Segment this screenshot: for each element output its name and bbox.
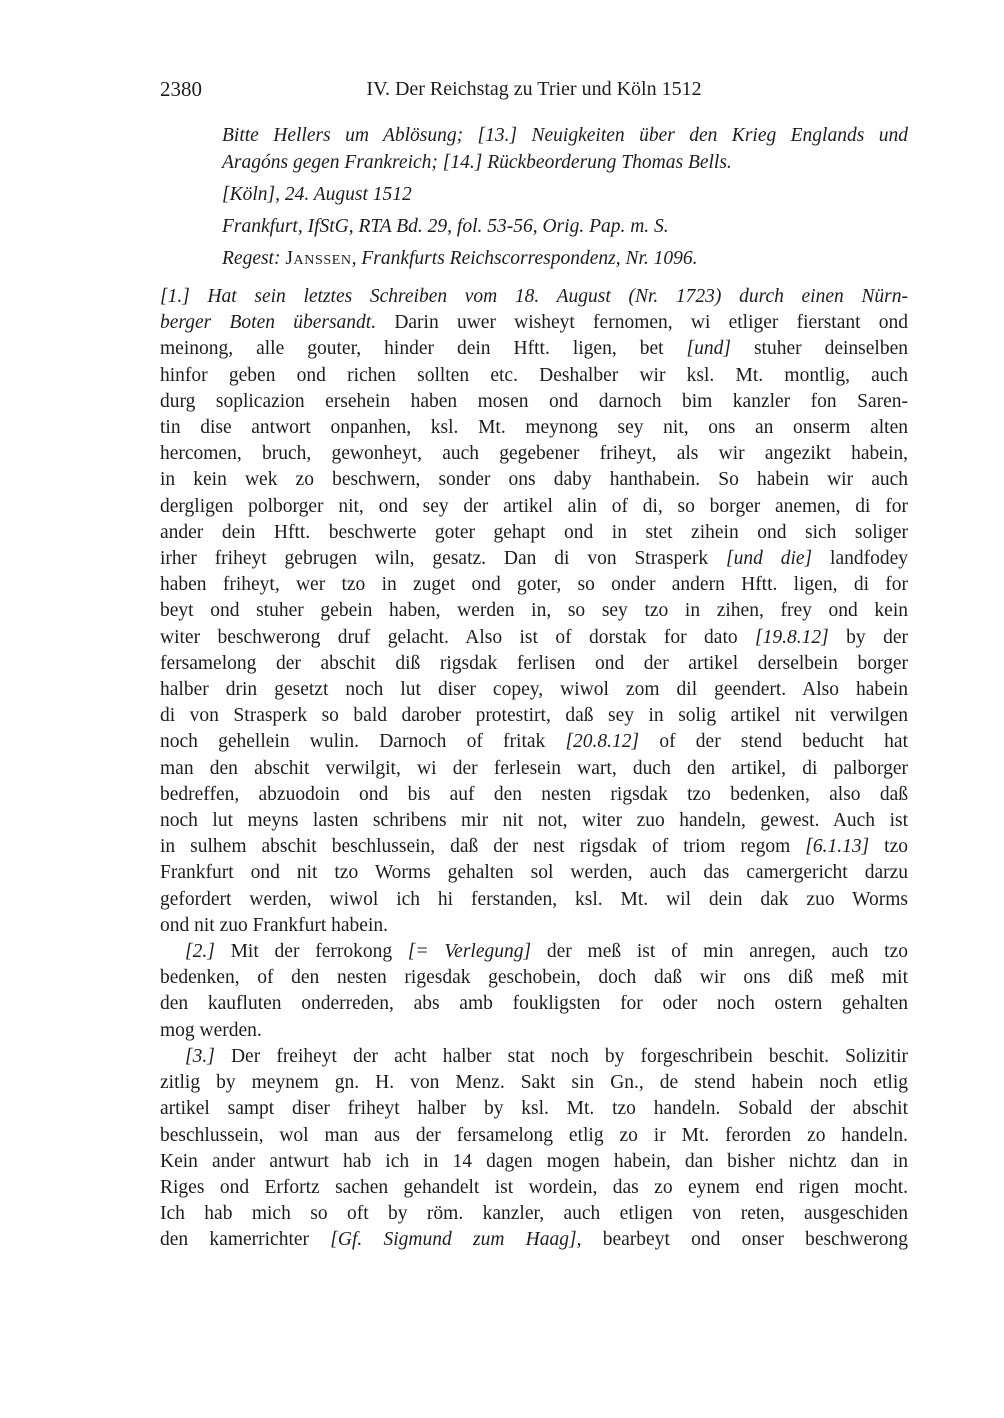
text-run: landfodey (812, 548, 908, 569)
text-run: Kein ander antwurt hab ich in 14 dagen m… (160, 1151, 908, 1172)
text-run: mog werden. (160, 1020, 262, 1041)
text-run: Ich hab mich so oft by röm. kanzler, auc… (160, 1203, 908, 1224)
text-run: Riges ond Erfortz sachen gehandelt ist w… (160, 1177, 908, 1198)
text-line: meinong, alle gouter, hinder dein Hftt. … (160, 336, 908, 362)
text-line: hercomen, bruch, gewonheyt, auch gegeben… (160, 441, 908, 467)
text-line: bedenken, of den nesten rigesdak geschob… (160, 965, 908, 991)
text-line: bedreffen, abzuodoin ond bis auf den nes… (160, 782, 908, 808)
text-run: witer beschwerong druf gelacht. Also ist… (160, 627, 755, 648)
text-run: beschlussein, wol man aus der fersamelon… (160, 1125, 908, 1146)
text-run: , Frankfurts Reichscorrespondenz, Nr. 10… (352, 248, 698, 269)
text-run: meinong, alle gouter, hinder dein Hftt. … (160, 338, 687, 359)
regest-block: Bitte Hellers um Ablösung; [13.] Neuigke… (222, 122, 908, 272)
text-run: [1.] Hat sein letztes Schreiben vom 18. … (160, 286, 908, 307)
text-line: [1.] Hat sein letztes Schreiben vom 18. … (160, 284, 908, 310)
text-run: der meß ist of min anregen, auch tzo (531, 941, 908, 962)
regest-entry: [Köln], 24. August 1512 (222, 181, 908, 208)
text-run: bedenken, of den nesten rigesdak geschob… (160, 967, 908, 988)
text-run: [19.8.12] (755, 627, 829, 648)
text-run: zitlig by meynem gn. H. von Menz. Sakt s… (160, 1072, 908, 1093)
page-number: 2380 (160, 76, 202, 102)
text-run: haben friheyt, wer tzo in zuget ond gote… (160, 574, 908, 595)
text-run: ond nit zuo Frankfurt habein. (160, 915, 388, 936)
running-head: IV. Der Reichstag zu Trier und Köln 1512 (160, 76, 908, 102)
book-page: 2380 IV. Der Reichstag zu Trier und Köln… (0, 0, 1004, 1418)
text-run: durg soplicazion ersehein haben mosen on… (160, 391, 908, 412)
text-run: irher friheyt gebrugen wiln, gesatz. Dan… (160, 548, 726, 569)
text-line: di von Strasperk so bald darober protest… (160, 703, 908, 729)
text-line: beschlussein, wol man aus der fersamelon… (160, 1123, 908, 1149)
text-line: witer beschwerong druf gelacht. Also ist… (160, 625, 908, 651)
text-run: stuher deinselben (731, 338, 908, 359)
text-line: dergligen polborger nit, ond sey der art… (160, 494, 908, 520)
text-line: den kaufluten onderreden, abs amb foukli… (160, 991, 908, 1017)
text-run: Bitte Hellers um Ablösung; [13.] Neuigke… (222, 125, 908, 146)
text-run: Darin uwer wisheyt fernomen, wi etliger … (376, 312, 908, 333)
text-run: Aragóns gegen Frankreich; [14.] Rückbeor… (222, 152, 732, 173)
text-run: of der stend beducht hat (639, 731, 908, 752)
text-line: Bitte Hellers um Ablösung; [13.] Neuigke… (222, 122, 908, 149)
text-run: Der freiheyt der acht halber stat noch b… (215, 1046, 908, 1067)
text-line: noch lut meyns lasten schribens mir nit … (160, 808, 908, 834)
text-line: ander dein Hftt. beschwerte goter gehapt… (160, 520, 908, 546)
text-line: Regest: Janssen, Frankfurts Reichscorres… (222, 245, 908, 272)
text-run: [Köln], 24. August 1512 (222, 184, 412, 205)
text-run: fersamelong der abschit diß rigsdak ferl… (160, 653, 908, 674)
text-line: artikel sampt diser friheyt halber by ks… (160, 1096, 908, 1122)
regest-entry: Regest: Janssen, Frankfurts Reichscorres… (222, 245, 908, 272)
text-run: man den abschit verwilgit, wi der ferles… (160, 758, 908, 779)
text-run: , bearbeyt ond onser beschwerong (577, 1229, 908, 1250)
text-line: ond nit zuo Frankfurt habein. (160, 913, 908, 939)
text-line: zitlig by meynem gn. H. von Menz. Sakt s… (160, 1070, 908, 1096)
text-run: [3.] (185, 1046, 215, 1067)
text-line: hinfor geben ond richen sollten etc. Des… (160, 363, 908, 389)
text-run: tin dise antwort onpanhen, ksl. Mt. meyn… (160, 417, 908, 438)
text-line: beyt ond stuher gebein haben, werden in,… (160, 598, 908, 624)
regest-entry: Frankfurt, IfStG, RTA Bd. 29, fol. 53-56… (222, 213, 908, 240)
paragraph: [2.] Mit der ferrokong [= Verlegung] der… (160, 939, 908, 1044)
text-run: [6.1.13] (805, 836, 869, 857)
page-header: 2380 IV. Der Reichstag zu Trier und Köln… (160, 76, 908, 102)
text-line: tin dise antwort onpanhen, ksl. Mt. meyn… (160, 415, 908, 441)
text-line: fersamelong der abschit diß rigsdak ferl… (160, 651, 908, 677)
text-run: hercomen, bruch, gewonheyt, auch gegeben… (160, 443, 908, 464)
text-line: [3.] Der freiheyt der acht halber stat n… (160, 1044, 908, 1070)
text-line: Frankfurt, IfStG, RTA Bd. 29, fol. 53-56… (222, 213, 908, 240)
text-line: in sulhem abschit beschlussein, daß der … (160, 834, 908, 860)
text-run: Frankfurt ond nit tzo Worms gehalten sol… (160, 862, 908, 883)
text-run: berger Boten übersandt. (160, 312, 376, 333)
paragraph: [3.] Der freiheyt der acht halber stat n… (160, 1044, 908, 1254)
text-line: irher friheyt gebrugen wiln, gesatz. Dan… (160, 546, 908, 572)
body-text: [1.] Hat sein letztes Schreiben vom 18. … (160, 284, 908, 1254)
text-run: dergligen polborger nit, ond sey der art… (160, 496, 908, 517)
text-line: Riges ond Erfortz sachen gehandelt ist w… (160, 1175, 908, 1201)
text-run: [2.] (185, 941, 215, 962)
text-run: ander dein Hftt. beschwerte goter gehapt… (160, 522, 908, 543)
text-run: noch lut meyns lasten schribens mir nit … (160, 810, 908, 831)
text-line: [Köln], 24. August 1512 (222, 181, 908, 208)
text-line: gefordert werden, wiwol ich hi ferstande… (160, 887, 908, 913)
text-run: Frankfurt, IfStG, RTA Bd. 29, fol. 53-56… (222, 216, 669, 237)
text-run: gefordert werden, wiwol ich hi ferstande… (160, 889, 908, 910)
text-run: [und die] (726, 548, 812, 569)
text-line: man den abschit verwilgit, wi der ferles… (160, 756, 908, 782)
text-run: tzo (869, 836, 908, 857)
text-run: Mit der ferrokong (215, 941, 408, 962)
text-run: halber drin gesetzt noch lut diser copey… (160, 679, 908, 700)
text-line: noch gehellein wulin. Darnoch of fritak … (160, 729, 908, 755)
text-run: [und] (687, 338, 731, 359)
text-run: hinfor geben ond richen sollten etc. Des… (160, 365, 908, 386)
text-line: mog werden. (160, 1018, 908, 1044)
text-line: Frankfurt ond nit tzo Worms gehalten sol… (160, 860, 908, 886)
text-line: Kein ander antwurt hab ich in 14 dagen m… (160, 1149, 908, 1175)
text-run: artikel sampt diser friheyt halber by ks… (160, 1098, 908, 1119)
text-run: den kamerrichter (160, 1229, 330, 1250)
text-run: in sulhem abschit beschlussein, daß der … (160, 836, 805, 857)
text-run: by der (829, 627, 908, 648)
text-run: Regest: (222, 248, 285, 269)
text-line: halber drin gesetzt noch lut diser copey… (160, 677, 908, 703)
text-line: den kamerrichter [Gf. Sigmund zum Haag],… (160, 1227, 908, 1253)
text-line: [2.] Mit der ferrokong [= Verlegung] der… (160, 939, 908, 965)
text-run: [20.8.12] (565, 731, 639, 752)
regest-entry: Bitte Hellers um Ablösung; [13.] Neuigke… (222, 122, 908, 176)
text-run: noch gehellein wulin. Darnoch of fritak (160, 731, 565, 752)
text-line: Ich hab mich so oft by röm. kanzler, auc… (160, 1201, 908, 1227)
text-run: den kaufluten onderreden, abs amb foukli… (160, 993, 908, 1014)
text-line: in kein wek zo beschwern, sonder ons dab… (160, 467, 908, 493)
text-line: Aragóns gegen Frankreich; [14.] Rückbeor… (222, 149, 908, 176)
paragraph: [1.] Hat sein letztes Schreiben vom 18. … (160, 284, 908, 939)
text-run: Janssen (285, 248, 351, 269)
text-run: bedreffen, abzuodoin ond bis auf den nes… (160, 784, 908, 805)
text-line: haben friheyt, wer tzo in zuget ond gote… (160, 572, 908, 598)
text-run: in kein wek zo beschwern, sonder ons dab… (160, 469, 908, 490)
text-run: di von Strasperk so bald darober protest… (160, 705, 908, 726)
text-run: [Gf. Sigmund zum Haag] (330, 1229, 576, 1250)
text-line: berger Boten übersandt. Darin uwer wishe… (160, 310, 908, 336)
text-run: [= Verlegung] (408, 941, 531, 962)
text-run: beyt ond stuher gebein haben, werden in,… (160, 600, 908, 621)
text-line: durg soplicazion ersehein haben mosen on… (160, 389, 908, 415)
